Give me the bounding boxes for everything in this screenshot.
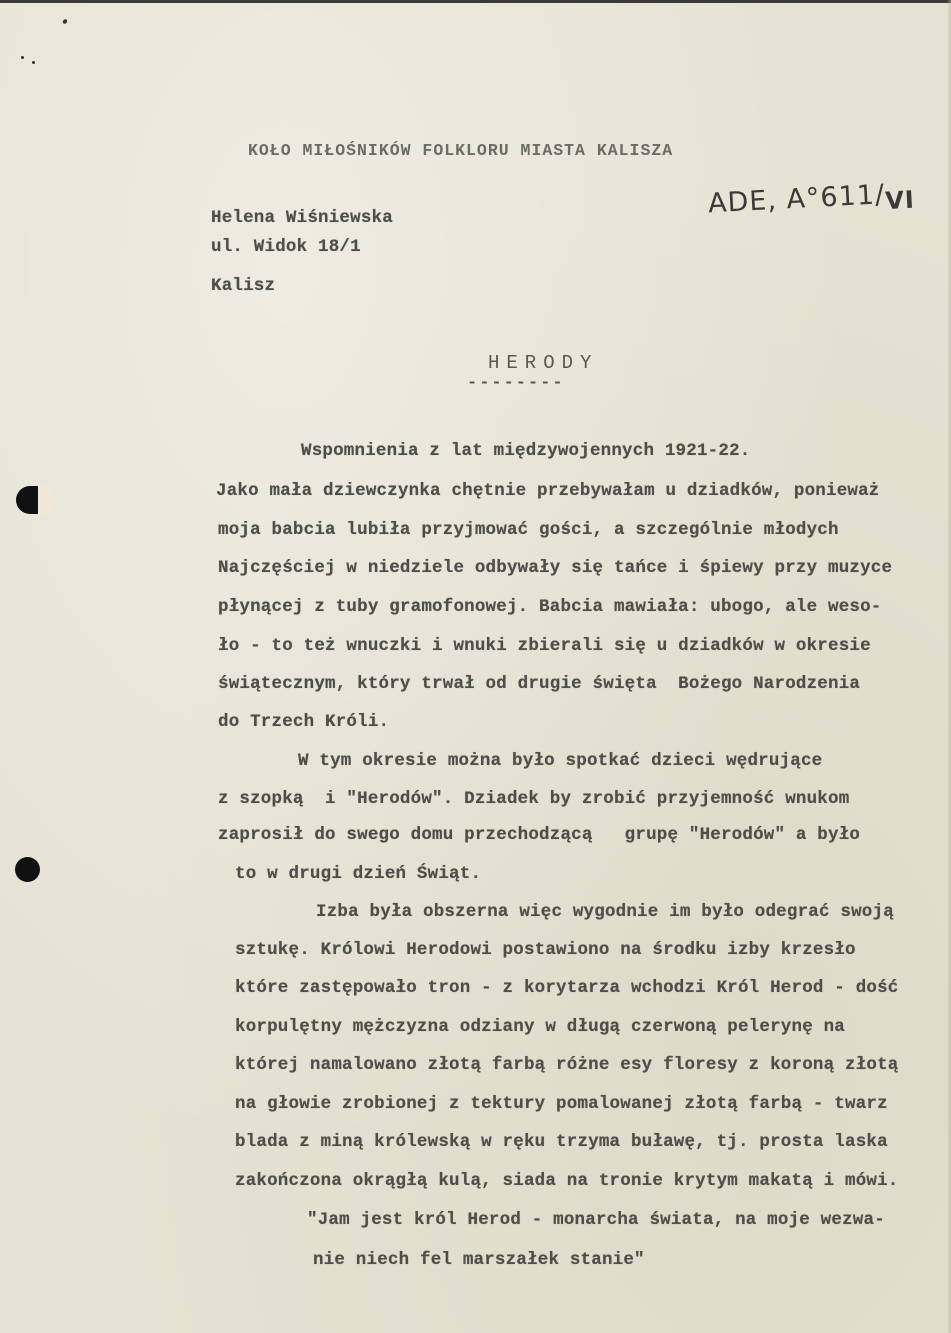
ink-speck — [62, 18, 68, 24]
body-line: korpulętny mężczyzna odziany w długą cze… — [235, 1017, 845, 1037]
organization-header: KOŁO MIŁOŚNIKÓW FOLKLORU MIASTA KALISZA — [248, 141, 673, 160]
quoted-speech-line: nie niech fel marszałek stanie" — [313, 1250, 645, 1270]
body-line: na głowie zrobionej z tektury pomalowane… — [235, 1094, 888, 1114]
body-line: Najczęściej w niedziele odbywały się tań… — [218, 558, 892, 578]
author-city: Kalisz — [211, 276, 275, 296]
body-line: które zastępowało tron - z korytarza wch… — [235, 978, 899, 998]
body-line: z szopką i "Herodów". Dziadek by zrobić … — [218, 789, 849, 809]
body-line: Izba była obszerna więc wygodnie im było… — [316, 902, 894, 922]
ink-speck — [21, 56, 24, 59]
body-line: sztukę. Królowi Herodowi postawiono na ś… — [235, 940, 856, 960]
scanned-document-page: KOŁO MIŁOŚNIKÓW FOLKLORU MIASTA KALISZA … — [0, 0, 951, 1333]
ink-speck — [32, 61, 35, 64]
author-name: Helena Wiśniewska — [211, 208, 393, 228]
body-line: zakończona okrągłą kulą, siada na tronie… — [235, 1171, 899, 1191]
archive-number-main: ADE, A°611/ — [707, 179, 885, 219]
body-line: blada z miną królewską w ręku trzyma buł… — [235, 1132, 888, 1152]
body-line: Jako mała dziewczynka chętnie przebywała… — [216, 481, 880, 501]
body-line: płynącej z tuby gramofonowej. Babcia maw… — [218, 597, 882, 617]
author-street: ul. Widok 18/1 — [211, 237, 361, 257]
handwritten-archive-number: ADE, A°611/VI — [707, 178, 915, 220]
body-line: to w drugi dzień Świąt. — [235, 864, 481, 884]
body-line: zaprosił do swego domu przechodzącą grup… — [218, 825, 860, 845]
body-line: W tym okresie można było spotkać dzieci … — [298, 751, 822, 771]
body-line: ło - to też wnuczki i wnuki zbierali się… — [218, 636, 871, 656]
punch-hole-bottom — [15, 857, 40, 882]
title-underline: -------- — [467, 374, 565, 393]
body-line: moja babcia lubiła przyjmować gości, a s… — [218, 520, 839, 540]
body-line: świątecznym, który trwał od drugie święt… — [218, 674, 860, 694]
quoted-speech-line: "Jam jest król Herod - monarcha świata, … — [307, 1210, 885, 1230]
document-title: HERODY — [488, 352, 598, 374]
body-line: której namalowano złotą farbą różne esy … — [235, 1055, 899, 1075]
document-subtitle: Wspomnienia z lat międzywojennych 1921-2… — [301, 441, 750, 461]
punch-hole-top — [16, 486, 56, 514]
archive-number-suffix: VI — [885, 186, 916, 216]
body-line: do Trzech Króli. — [218, 712, 389, 732]
